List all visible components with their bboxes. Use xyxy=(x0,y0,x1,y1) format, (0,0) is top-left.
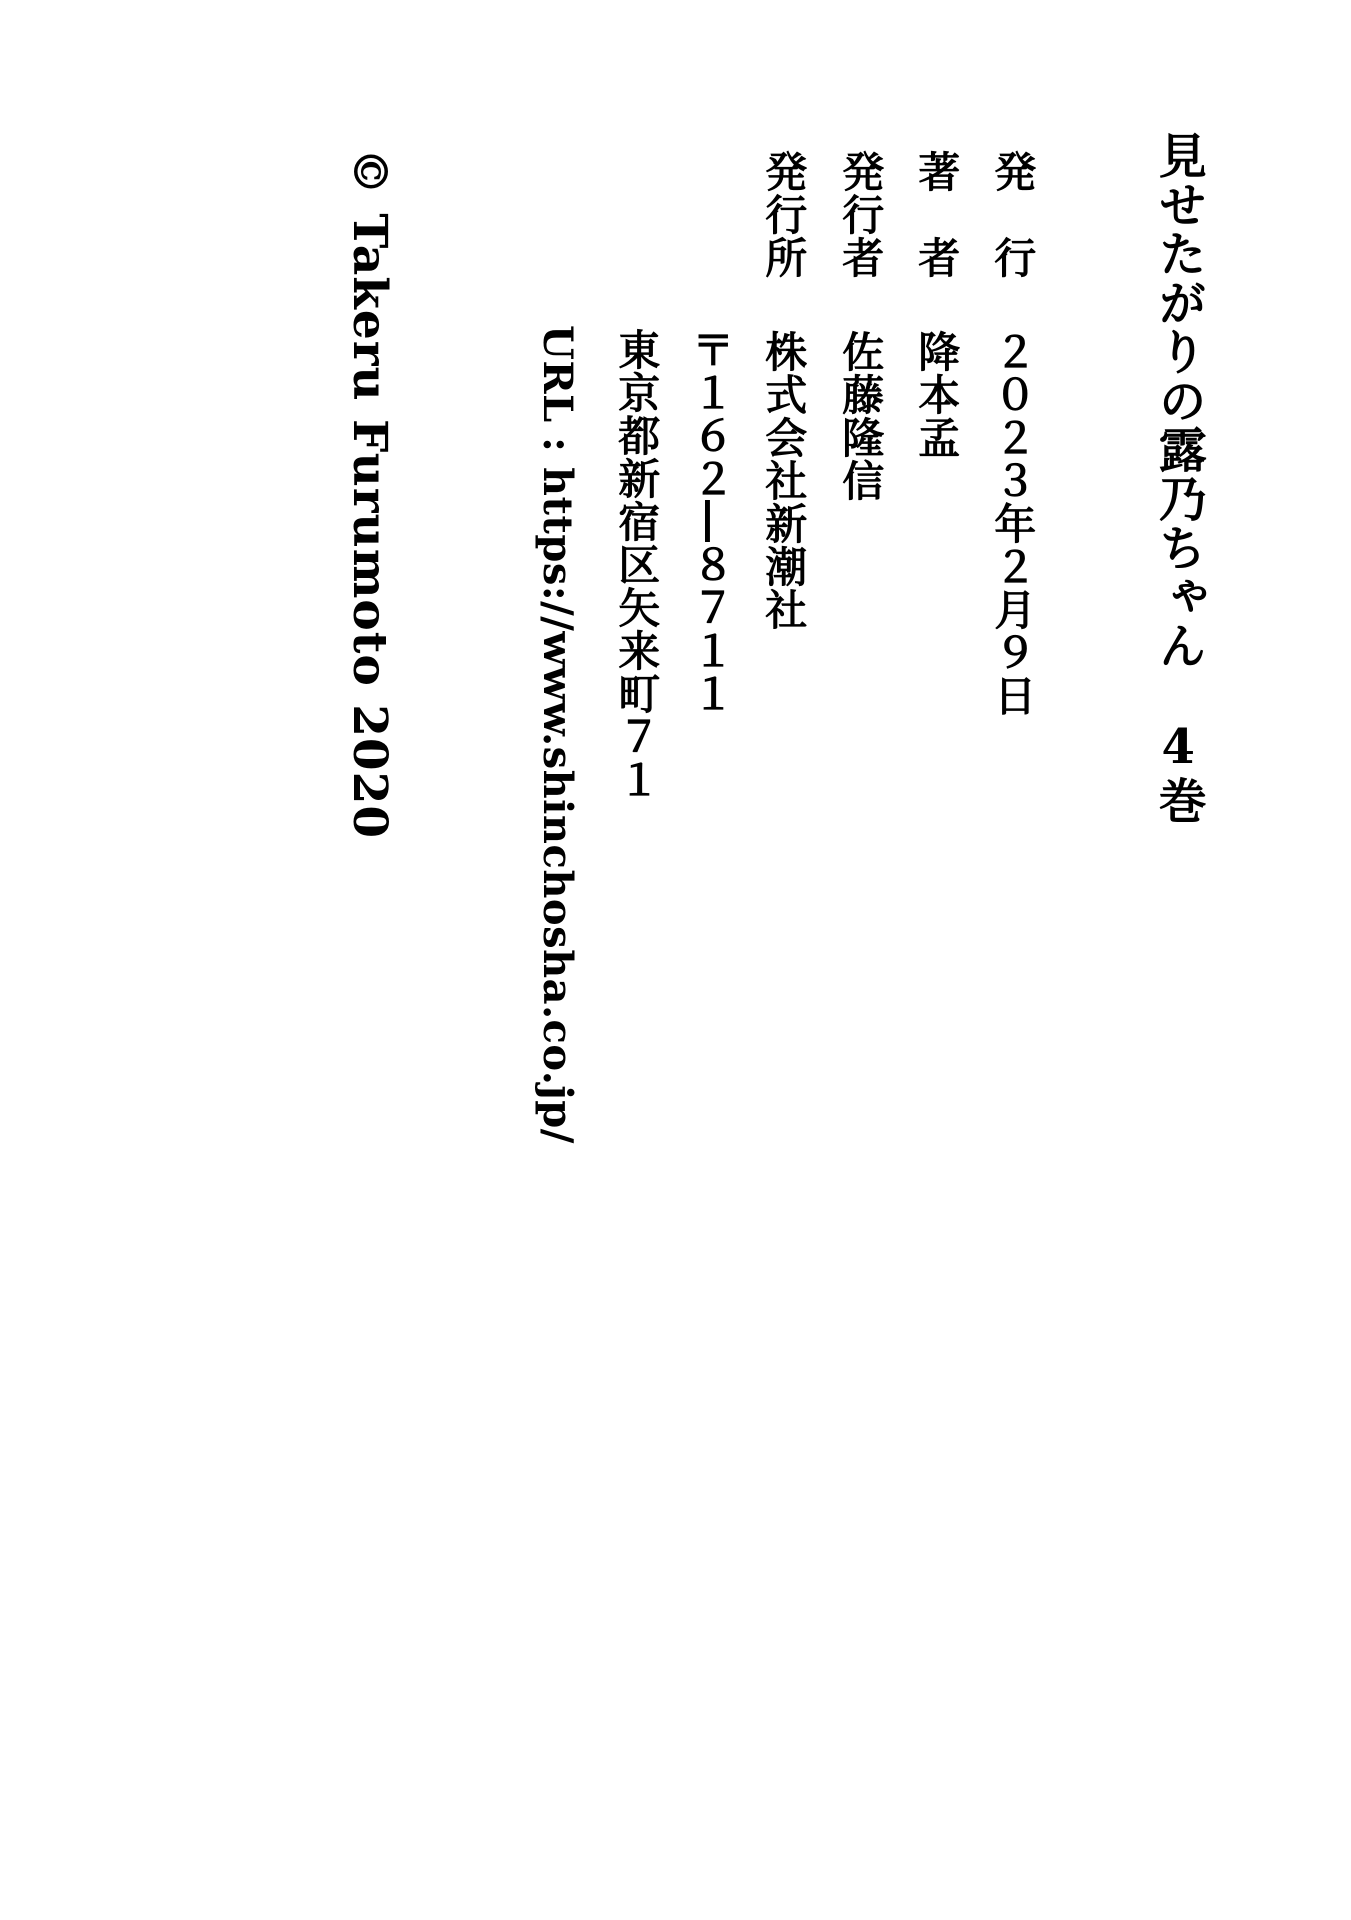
publisher-label: 発行者 xyxy=(836,150,884,279)
publishing-house-name: 株式会社新潮社 xyxy=(759,330,807,631)
publisher-name: 佐藤隆信 xyxy=(836,330,884,502)
copyright-notice: © Takeru Furumoto 2020 xyxy=(342,148,396,839)
publishing-house-label: 発行所 xyxy=(759,150,807,279)
colophon-page: 見せたがりの露乃ちゃん 4巻 発 行 ２０２３年２月９日 著 者 降本孟 発行者… xyxy=(0,0,1351,1920)
author-name: 降本孟 xyxy=(912,330,960,459)
publisher-url: URL : https://www.shinchosha.co.jp/ xyxy=(534,325,580,1144)
publisher-address: 東京都新宿区矢来町７１ xyxy=(612,328,660,801)
author-label: 著 者 xyxy=(912,150,960,279)
postal-code: 〒１６２―８７１１ xyxy=(686,328,734,715)
publication-date-label: 発 行 xyxy=(988,150,1036,279)
book-title: 見せたがりの露乃ちゃん 4巻 xyxy=(1150,131,1205,825)
publication-date-value: ２０２３年２月９日 xyxy=(988,330,1036,717)
